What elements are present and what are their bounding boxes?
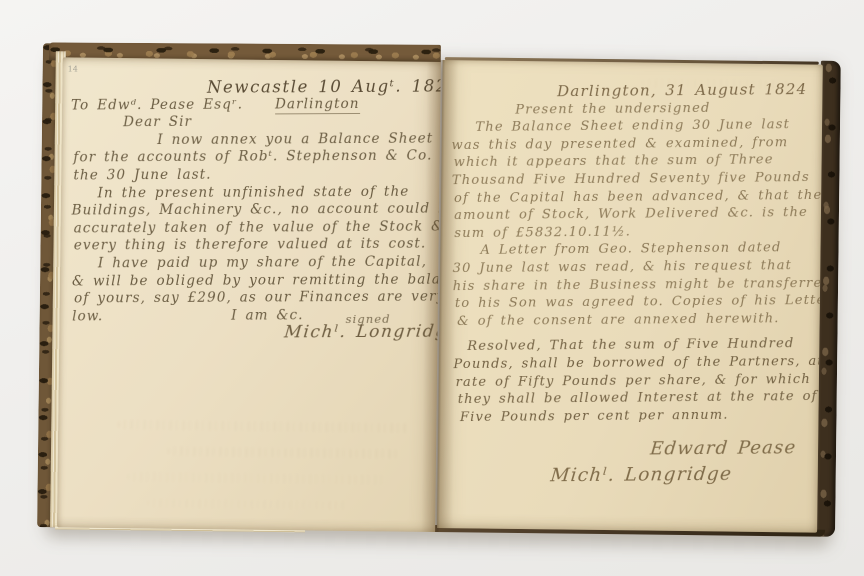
manuscript-line: they shall be allowed Interest at the ra…	[458, 388, 823, 409]
manuscript-line: In the present unfinished state of the	[97, 183, 439, 202]
manuscript-line: I have paid up my share of the Capital,	[98, 253, 440, 272]
signature-pease: Edward Pease	[649, 439, 822, 458]
right-page-text: Darlington, 31 August 1824 Present the u…	[451, 60, 823, 486]
minute-dateline: Darlington, 31 August 1824	[557, 81, 821, 101]
manuscript-line: & will be obliged by your remitting the …	[72, 271, 440, 291]
manuscript-line: of yours, say £290, as our Finances are …	[74, 289, 440, 309]
manuscript-line: every thing is therefore valued at its c…	[74, 236, 440, 256]
manuscript-line: the 30 June last.	[73, 166, 439, 186]
open-minute-book: 14 Newcastle 10 Augᵗ. 1824 To Edwᵈ. Peas…	[37, 41, 841, 539]
closing-valediction: I am &c.	[231, 307, 304, 323]
manuscript-line: Buildings, Machinery &c., no account cou…	[72, 201, 440, 221]
right-page: Darlington, 31 August 1824 Present the u…	[437, 60, 823, 533]
manuscript-line: for the accounts of Robᵗ. Stephenson & C…	[73, 148, 439, 168]
show-through-ghost	[128, 472, 388, 484]
left-page-text: Newcastle 10 Augᵗ. 1824 To Edwᵈ. Pease E…	[71, 57, 440, 343]
left-page: 14 Newcastle 10 Augᵗ. 1824 To Edwᵈ. Peas…	[57, 57, 441, 532]
photo-backdrop: 14 Newcastle 10 Augᵗ. 1824 To Edwᵈ. Peas…	[0, 0, 864, 576]
letter-dateline: Newcastle 10 Augᵗ. 1824	[207, 78, 439, 97]
manuscript-line: I now annex you a Balance Sheet	[157, 130, 439, 149]
addressee-place: Darlington	[275, 96, 360, 114]
closing-low: low.	[72, 308, 103, 324]
show-through-ghost	[118, 420, 408, 433]
manuscript-line: accurately taken of the value of the Sto…	[74, 218, 440, 238]
show-through-ghost	[147, 498, 347, 509]
signature-longridge: Michˡ. Longridge	[550, 465, 823, 485]
letter-addressee: To Edwᵈ. Pease Esqʳ. Darlington	[71, 95, 439, 115]
manuscript-line: & of the consent are annexed herewith.	[457, 310, 823, 331]
signature-longridge: Michˡ. Longridge	[283, 324, 440, 342]
addressee-name: To Edwᵈ. Pease Esqʳ.	[71, 96, 243, 113]
show-through-ghost	[168, 447, 398, 459]
letter-salutation: Dear Sir	[123, 113, 439, 132]
manuscript-line: amount of Stock, Work Delivered &c. is t…	[454, 204, 822, 225]
